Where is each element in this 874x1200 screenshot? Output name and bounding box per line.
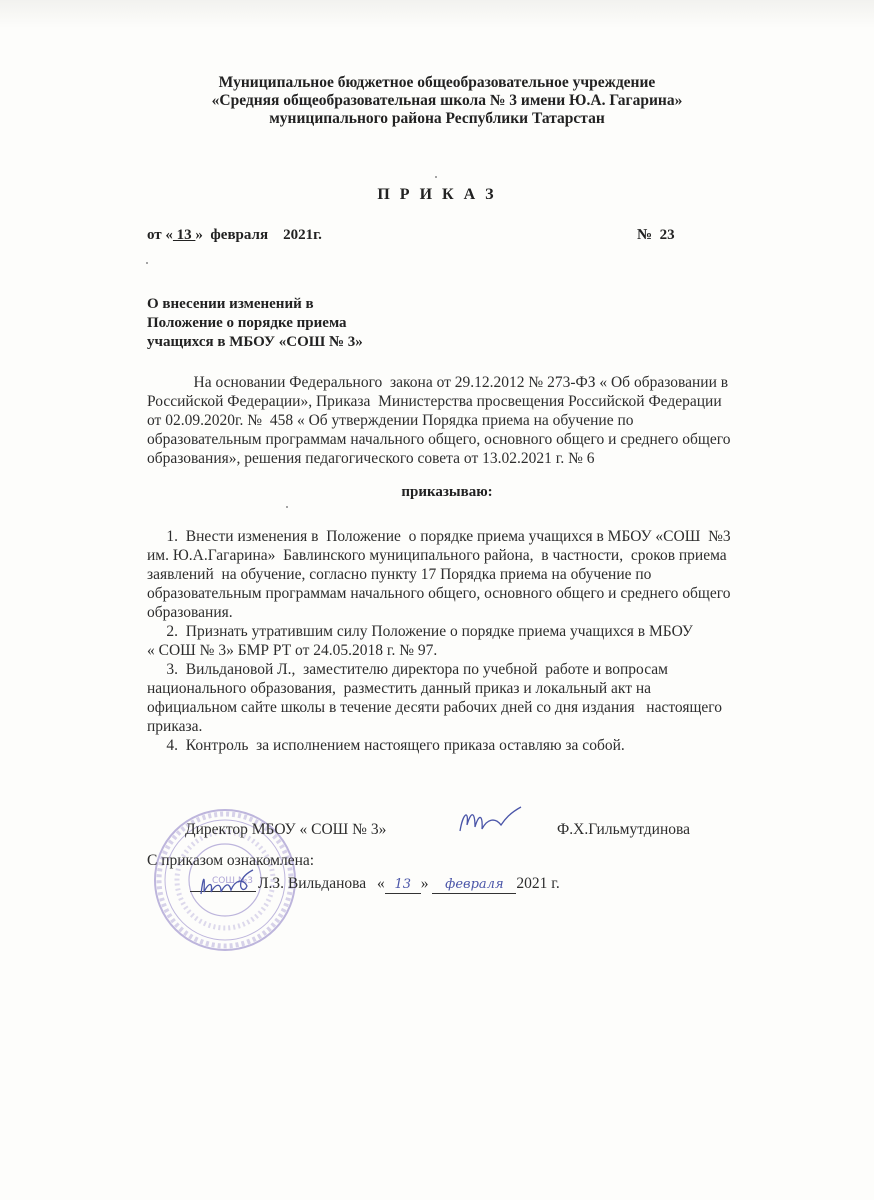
item-line: « СОШ № 3» БМР РТ от 24.05.2018 г. № 97.: [147, 641, 847, 660]
item-line: образовательным программам начального об…: [147, 584, 847, 603]
item-line: приказа.: [147, 717, 847, 736]
ack-date-open: «: [377, 875, 385, 892]
order-date: от « 13 » февраля 2021г.: [147, 227, 322, 244]
acknowledgement-date: «13» февраля2021 г.: [377, 875, 560, 894]
item-line: заявлений на обучение, согласно пункту 1…: [147, 565, 847, 584]
order-word: приказываю:: [0, 484, 874, 501]
basis-line: образования», решения педагогического со…: [147, 449, 827, 468]
acknowledgement-name: Л.З. Вильданова: [258, 875, 366, 893]
subject-line-3: учащихся в МБОУ «СОШ № 3»: [147, 333, 363, 352]
director-signature-icon: [455, 803, 525, 837]
scan-edge: [0, 0, 874, 28]
scan-speck: [286, 506, 288, 508]
basis-line: от 02.09.2020г. № 458 « Об утверждении П…: [147, 411, 827, 430]
acknowledgement-signature-icon: [195, 868, 255, 898]
scan-speck: [435, 176, 437, 178]
date-prefix: от «: [147, 227, 173, 243]
header-line-1: Муниципальное бюджетное общеобразователь…: [0, 74, 874, 92]
basis-line: На основании Федерального закона от 29.1…: [147, 373, 827, 392]
ack-date-mid: »: [421, 875, 429, 892]
ack-date-month: февраля: [432, 877, 516, 894]
item-line: 1. Внести изменения в Положение о порядк…: [147, 527, 847, 546]
director-title: Директор МБОУ « СОШ № 3»: [185, 821, 386, 839]
order-subject: О внесении изменений в Положение о поряд…: [147, 295, 363, 352]
director-name: Ф.Х.Гильмутдинова: [557, 821, 690, 839]
ack-date-day: 13: [385, 877, 421, 894]
scan-speck: [149, 723, 151, 725]
basis-line: образовательным программам начального об…: [147, 430, 827, 449]
item-line: им. Ю.А.Гагарина» Бавлинского муниципаль…: [147, 546, 847, 565]
basis-paragraph: На основании Федерального закона от 29.1…: [147, 373, 827, 468]
date-suffix: » февраля 2021г.: [195, 227, 322, 243]
item-line: национального образования, разместить да…: [147, 679, 847, 698]
subject-line-2: Положение о порядке приема: [147, 314, 363, 333]
item-line: образования.: [147, 603, 847, 622]
item-line: официальном сайте школы в течение десяти…: [147, 698, 847, 717]
basis-line: Российской Федерации», Приказа Министерс…: [147, 392, 827, 411]
header-line-2: «Средняя общеобразовательная школа № 3 и…: [0, 92, 874, 110]
document-title: П Р И К А З: [0, 186, 874, 204]
ack-date-year: 2021 г.: [516, 875, 559, 892]
item-line: 4. Контроль за исполнением настоящего пр…: [147, 736, 847, 755]
item-line: 3. Вильдановой Л., заместителю директора…: [147, 660, 847, 679]
date-day: 13: [173, 227, 196, 243]
subject-line-1: О внесении изменений в: [147, 295, 363, 314]
institution-header: Муниципальное бюджетное общеобразователь…: [0, 74, 874, 128]
order-items: 1. Внести изменения в Положение о порядк…: [147, 527, 847, 755]
header-line-3: муниципального района Республики Татарст…: [0, 110, 874, 128]
order-number: № 23: [637, 227, 675, 244]
scan-speck: [146, 262, 148, 264]
item-line: 2. Признать утратившим силу Положение о …: [147, 622, 847, 641]
